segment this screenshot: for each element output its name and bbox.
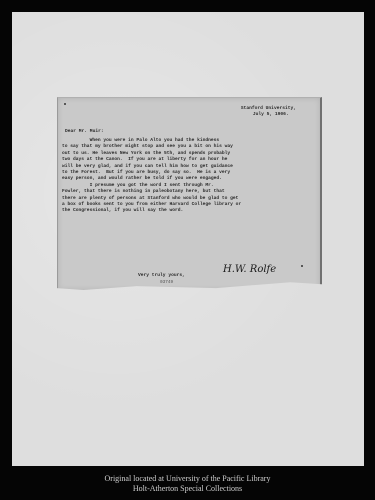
ink-mark xyxy=(301,265,303,267)
body-line: the Congressional, if you will say the w… xyxy=(62,208,314,214)
letter-header: Stanford University, July 5, 1906. xyxy=(241,106,296,119)
punch-mark xyxy=(64,103,66,105)
header-date: July 5, 1906. xyxy=(241,112,296,118)
archive-number: 03749 xyxy=(160,280,173,286)
caption-line-1: Original located at University of the Pa… xyxy=(0,474,375,484)
letter-sheet: Stanford University, July 5, 1906. Dear … xyxy=(57,97,322,290)
archive-caption: Original located at University of the Pa… xyxy=(0,474,375,494)
signature: H.W. Rolfe xyxy=(223,267,276,273)
salutation: Dear Mr. Muir: xyxy=(65,129,104,135)
closing: Very truly yours, xyxy=(138,273,185,279)
letter-body: When you were in Palo Alto you had the k… xyxy=(62,138,314,215)
caption-line-2: Holt-Atherton Special Collections xyxy=(0,484,375,494)
